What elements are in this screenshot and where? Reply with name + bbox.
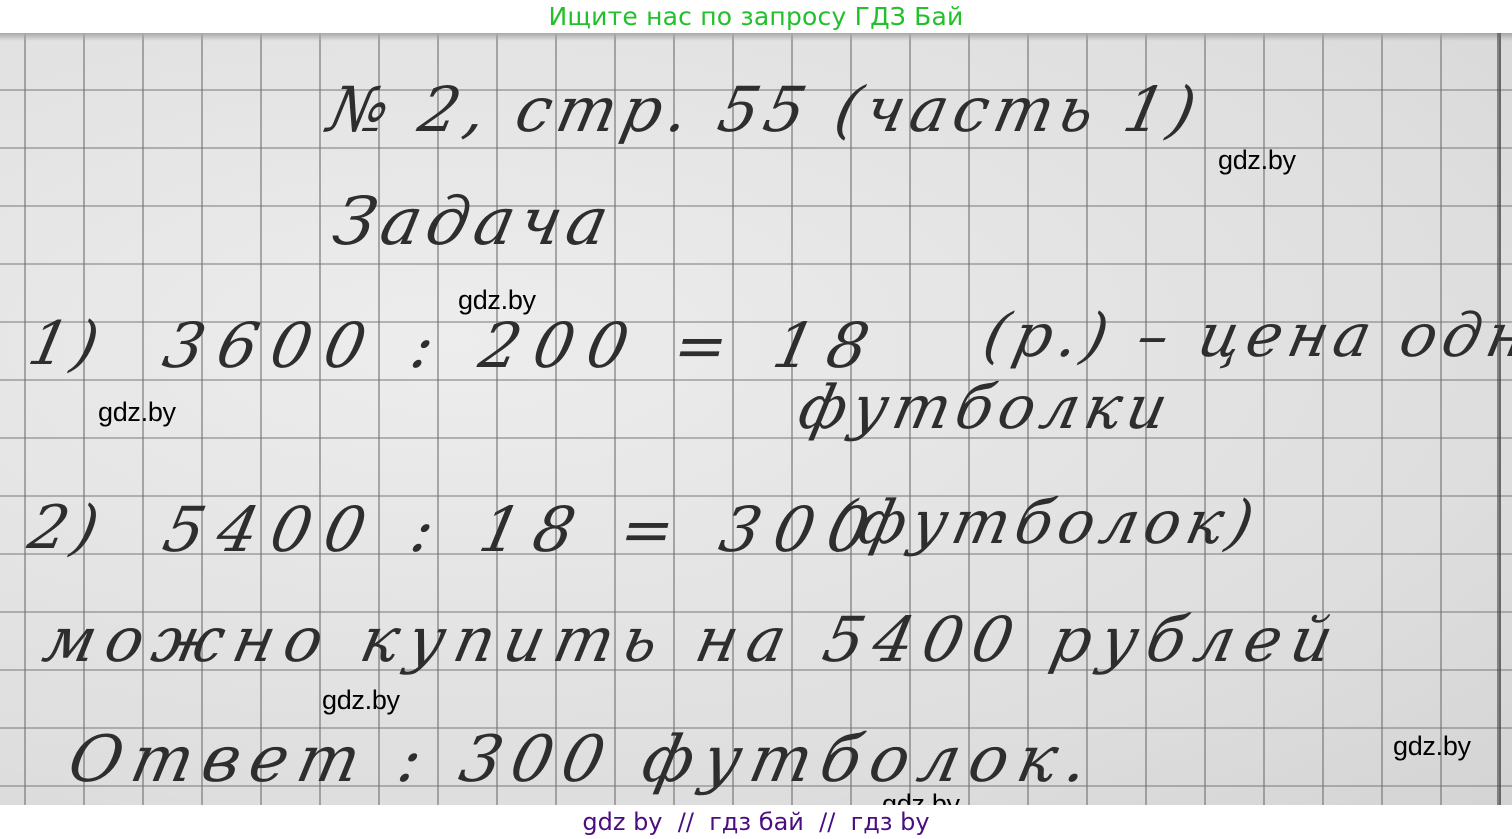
task-heading: Задача <box>327 183 621 260</box>
watermark: gdz.by <box>882 789 960 805</box>
step-2-description: (футболок) <box>823 488 1266 558</box>
answer-line: Ответ : 300 футболок. <box>62 723 1105 797</box>
top-banner: Ищите нас по запросу ГДЗ Бай <box>0 0 1512 33</box>
search-hint-text: Ищите нас по запросу ГДЗ Бай <box>548 4 963 29</box>
step-2-expression: 5400 : 18 = 300 <box>157 493 889 566</box>
step-2-number: 2) <box>23 493 111 563</box>
bottom-banner: gdz by // гдз бай // гдз by <box>0 805 1512 839</box>
step-1-description: (р.) – цена одной <box>978 301 1512 371</box>
watermark: gdz.by <box>1218 145 1296 176</box>
watermark: gdz.by <box>98 397 176 428</box>
watermark: gdz.by <box>1393 731 1471 762</box>
watermark: gdz.by <box>322 685 400 716</box>
step-1-number: 1) <box>23 309 111 379</box>
watermark: gdz.by <box>458 285 536 316</box>
site-names-text: gdz by // гдз бай // гдз by <box>582 810 929 834</box>
step-1-description-continued: футболки <box>793 373 1180 443</box>
notebook-photo: № 2, стр. 55 (часть 1) Задача 1) 3600 : … <box>0 33 1512 805</box>
step-2-description-continued: можно купить на 5400 рублей <box>37 603 1349 676</box>
step-1-expression: 3600 : 200 = 18 <box>157 309 889 382</box>
exercise-title: № 2, стр. 55 (часть 1) <box>322 73 1208 146</box>
